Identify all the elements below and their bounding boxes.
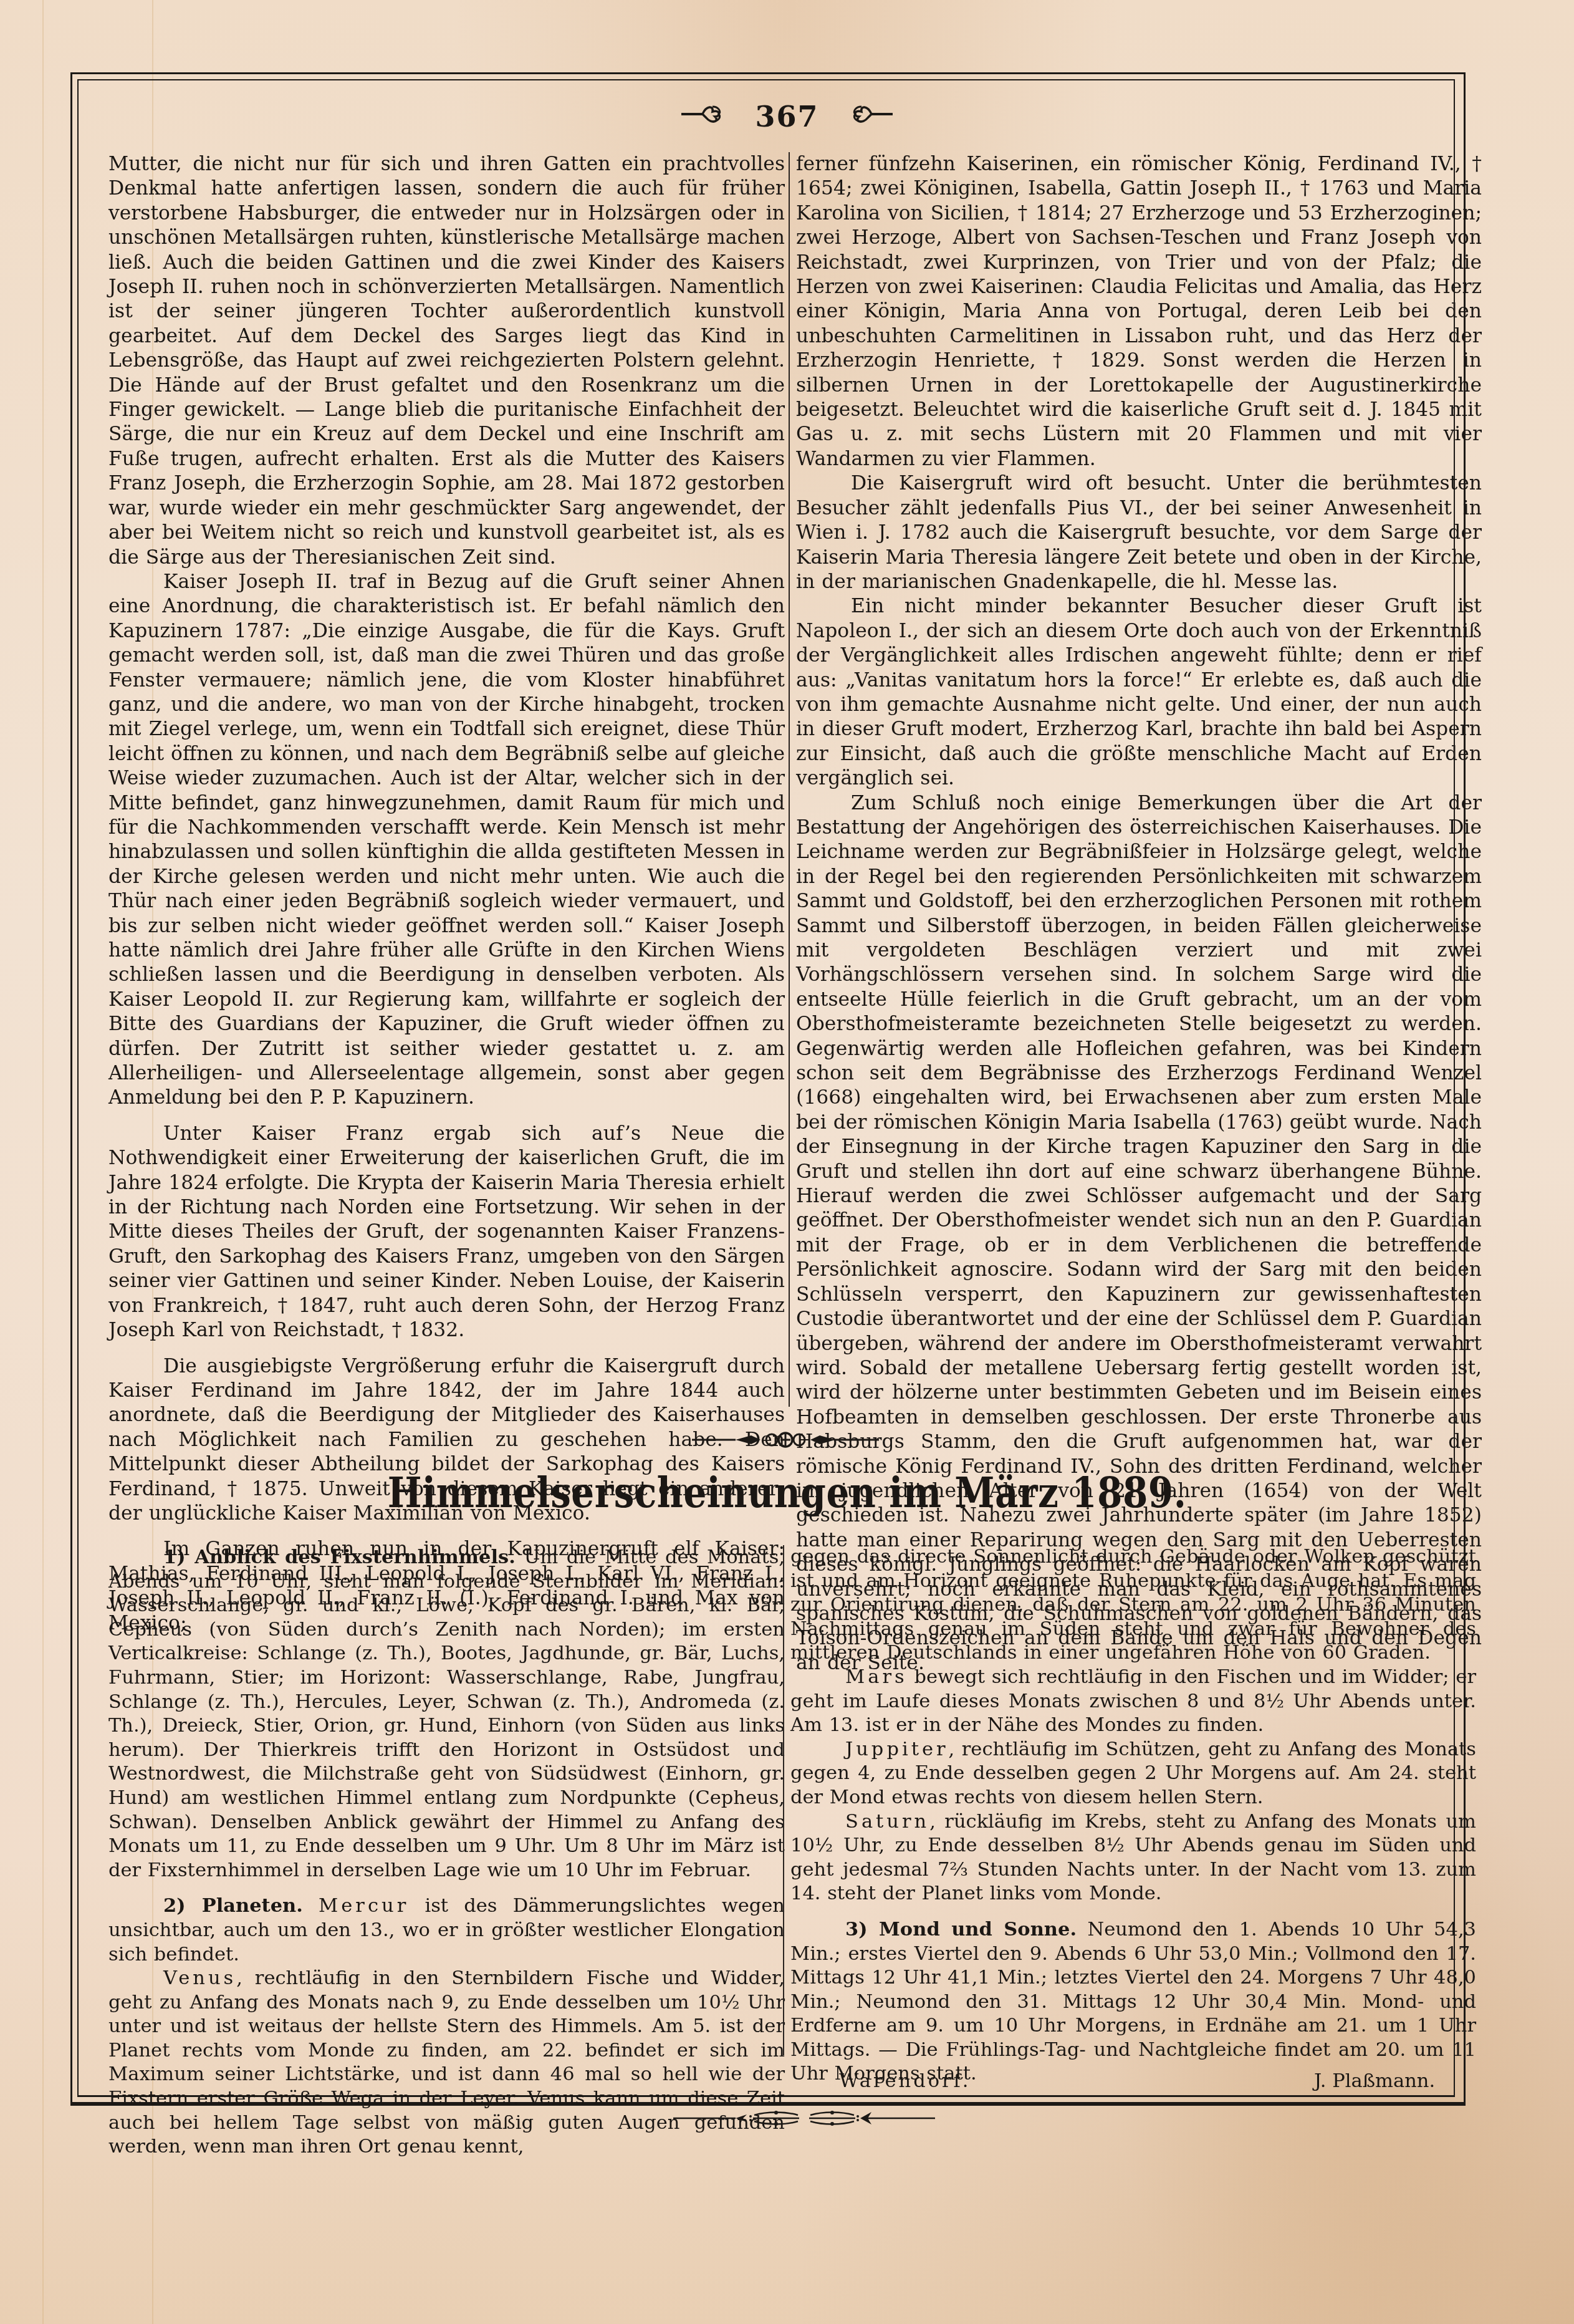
fleuron-right-icon [849,103,893,131]
planet-name: Saturn [845,1811,929,1833]
paragraph: ferner fünfzehn Kaiserinen, ein römische… [796,152,1482,471]
fraction-value: 8½ [1254,1690,1284,1712]
paragraph-body: Um die Mitte des Monats, Abends um 10 Uh… [108,1546,785,1881]
section-heading: 2) Planeten. [163,1894,303,1917]
sky-right-column: gegen das directe Sonnenlicht durch Gebä… [790,1545,1476,2086]
article-signoff: Warendorf. J. Plaßmann. [790,2070,1476,2095]
fraction-value: 10½ [790,1835,833,1856]
paragraph: Die Kaisergruft wird oft besucht. Unter … [796,471,1482,594]
kaisergruft-left-column: Mutter, die nicht nur für sich und ihren… [108,152,785,1636]
paragraph-body: Uhr unter und ist weitaus der hellste St… [108,1992,785,2158]
paragraph-body: Neumond den 1. Abends 10 Uhr 54,3 Min.; … [790,1919,1476,2085]
section-heading: 3) Mond und Sonne. [845,1918,1077,1941]
section-heading: 1) Anblick des Fixsternhimmels. [163,1546,516,1568]
sky-left-column: 1) Anblick des Fixsternhimmels. Um die M… [108,1545,785,2159]
paragraph-jupiter: Juppiter, rechtläufig im Schützen, geht … [790,1738,1476,1810]
paragraph-moon-sun: 3) Mond und Sonne. Neumond den 1. Abends… [790,1917,1476,2086]
planet-name: Venus [163,1967,236,1989]
paragraph-body: Uhr, zu Ende desselben [833,1835,1093,1856]
fraction-value: 10½ [697,1992,739,2013]
paragraph: Ein nicht minder bekannter Besucher dies… [796,594,1482,791]
paragraph-planets: 2) Planeten. Mercur ist des Dämmerungsli… [108,1894,785,1967]
fraction-value: 8½ [1094,1835,1125,1856]
column-divider [783,1545,784,2055]
fleuron-left-icon [681,103,725,131]
article-title: Himmelserscheinungen im März 1889. [0,1468,1574,1517]
planet-name: Mercur [319,1895,409,1917]
paragraph: Kaiser Joseph II. traf in Bezug auf die … [108,570,785,1111]
paragraph-venus: Venus, rechtläufig in den Sternbildern F… [108,1967,785,2159]
paragraph-saturn: Saturn, rückläufig im Krebs, steht zu An… [790,1810,1476,1906]
paragraph: Unter Kaiser Franz ergab sich auf’s Neue… [108,1122,785,1343]
paragraph: Mutter, die nicht nur für sich und ihren… [108,152,785,570]
page-number: 367 [755,100,818,133]
planet-name: Mars [845,1666,908,1688]
arrow-flourish-icon [673,2109,935,2128]
paragraph-fixed-stars: 1) Anblick des Fixsternhimmels. Um die M… [108,1545,785,1883]
column-divider [789,152,790,1407]
kaisergruft-right-column: ferner fünfzehn Kaiserinen, ein römische… [796,152,1482,1675]
paragraph-mars: Mars bewegt sich rechtläufig in den Fisc… [790,1666,1476,1738]
paragraph: Zum Schluß noch einige Bemerkungen über … [796,791,1482,1676]
paragraph-venus-cont: gegen das directe Sonnenlicht durch Gebä… [790,1545,1476,1666]
paragraph-body: , rückläufig im Krebs, steht zu Anfang d… [929,1811,1476,1833]
paper-fold-line [42,0,44,2324]
signoff-author: J. Plaßmann. [1314,2070,1435,2092]
signoff-place: Warendorf. [839,2070,971,2092]
scroll-divider-icon [692,1430,879,1449]
fraction-value: 7⅔ [938,1859,968,1881]
planet-name: Juppiter [845,1738,949,1760]
page-header: 367 [0,100,1574,133]
